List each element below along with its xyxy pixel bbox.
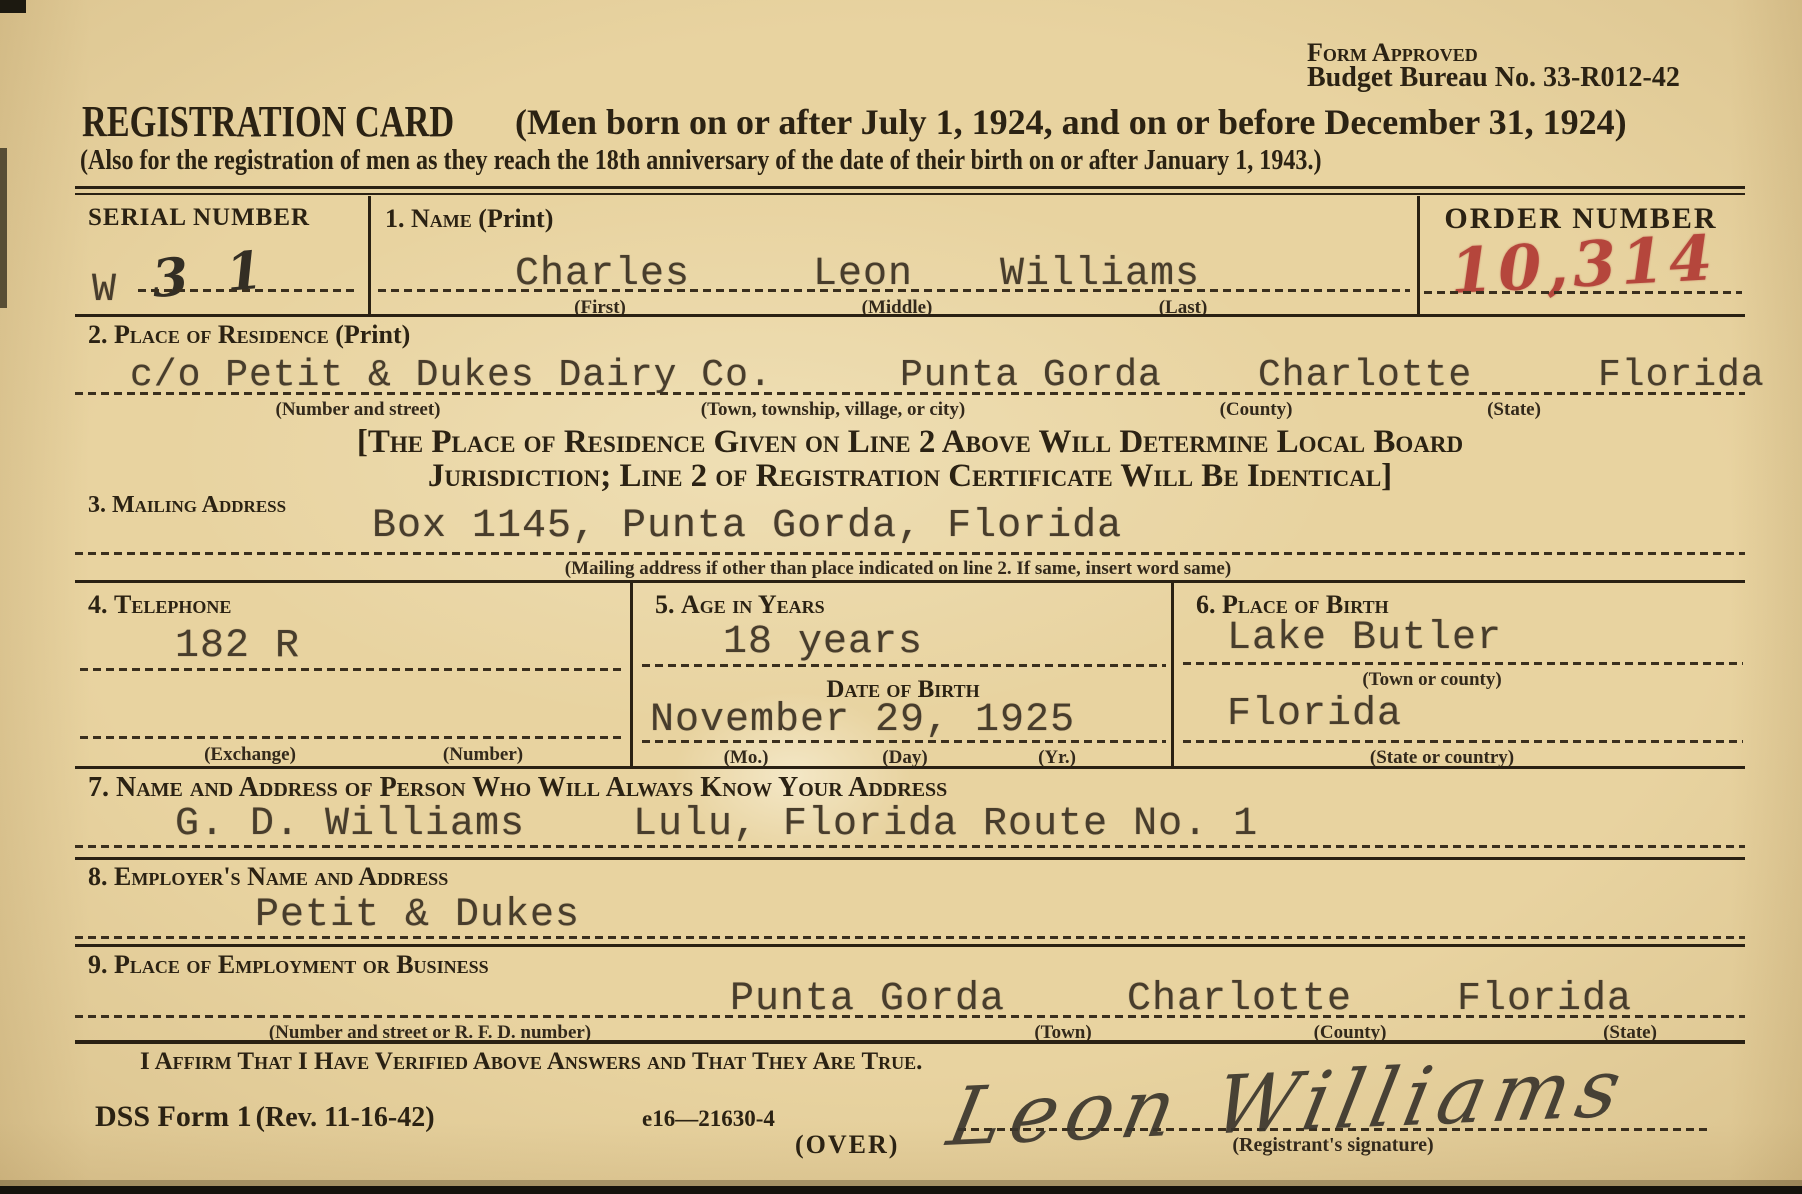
residence-sub-state: (State) xyxy=(1487,399,1541,421)
birth-number-prefix: 6. xyxy=(1196,590,1216,619)
row456-divider-right xyxy=(1171,583,1174,766)
birth-sub-town: (Town or county) xyxy=(1362,669,1501,691)
telephone-dashed-line-2 xyxy=(80,736,625,739)
serial-dashed-line xyxy=(138,289,356,292)
employer-label: Employer's Name and Address xyxy=(114,862,448,891)
mailing-dashed-line xyxy=(75,552,1745,555)
double-rule-top xyxy=(75,186,1745,189)
name-field-number: 1. xyxy=(385,204,405,233)
over-label: (OVER) xyxy=(795,1130,899,1160)
employer-bottom-rule xyxy=(75,944,1745,947)
telephone-label: Telephone xyxy=(114,590,231,619)
mailing-note: (Mailing address if other than place ind… xyxy=(565,558,1231,580)
serial-number-typed: W xyxy=(92,268,117,313)
telephone-heading: 4. Telephone xyxy=(88,590,231,620)
age-dashed-line xyxy=(642,664,1166,667)
employment-number-prefix: 9. xyxy=(88,950,108,979)
residence-sub-street: (Number and street) xyxy=(276,399,441,421)
mailing-label: Mailing Address xyxy=(112,492,286,518)
mailing-number: 3. xyxy=(88,492,106,518)
residence-town-value: Punta Gorda xyxy=(900,354,1162,397)
residence-street-value: c/o Petit & Dukes Dairy Co. xyxy=(130,354,773,397)
birth-state-value: Florida xyxy=(1227,692,1402,737)
local-board-notice-line2: Jurisdiction; Line 2 of Registration Cer… xyxy=(75,458,1745,495)
residence-county-value: Charlotte xyxy=(1258,354,1472,397)
telephone-value: 182 R xyxy=(175,624,300,669)
page-title: REGISTRATION CARD xyxy=(82,96,454,147)
print-code: e16—21630-4 xyxy=(642,1106,775,1132)
local-board-notice-line1: [The Place of Residence Given on Line 2 … xyxy=(75,424,1745,461)
contact-address-value: Lulu, Florida Route No. 1 xyxy=(633,802,1258,847)
telephone-number-prefix: 4. xyxy=(88,590,108,619)
scan-mark-left-edge xyxy=(0,148,7,308)
employment-dashed-line xyxy=(75,1015,1745,1018)
age-value: 18 years xyxy=(723,620,923,665)
contact-bottom-rule xyxy=(75,857,1745,860)
signature-label: (Registrant's signature) xyxy=(1232,1134,1433,1157)
name-field-print-hint: (Print) xyxy=(478,204,553,233)
title-subtitle: (Also for the registration of men as the… xyxy=(80,144,1321,177)
birth-dashed-line-2 xyxy=(1183,740,1743,743)
employment-bottom-rule xyxy=(75,1040,1745,1044)
residence-state-value: Florida xyxy=(1598,354,1765,397)
scanned-registration-card: { "colors": { "paper": "#e8d3a0", "ink":… xyxy=(0,0,1802,1194)
mailing-value: Box 1145, Punta Gorda, Florida xyxy=(372,504,1122,549)
contact-name-value: G. D. Williams xyxy=(175,802,525,847)
age-label: Age in Years xyxy=(681,590,825,619)
residence-sub-county: (County) xyxy=(1220,399,1293,421)
birth-label: Place of Birth xyxy=(1222,590,1389,619)
residence-sub-town: (Town, township, village, or city) xyxy=(701,399,965,421)
age-heading: 5. Age in Years xyxy=(655,590,825,620)
order-number-value: 10,314 xyxy=(1448,221,1719,308)
residence-label: Place of Residence xyxy=(114,320,329,349)
serial-number-handwritten: 3 1 xyxy=(150,239,275,310)
budget-bureau-number: Budget Bureau No. 33-R012-42 xyxy=(1307,62,1680,94)
serial-number-label: SERIAL NUMBER xyxy=(88,204,310,232)
birth-town-value: Lake Butler xyxy=(1227,616,1502,661)
birth-dashed-line-1 xyxy=(1183,662,1743,665)
row1-divider-left xyxy=(368,196,371,314)
telephone-dashed-line-1 xyxy=(80,668,625,671)
order-dashed-line xyxy=(1424,291,1742,294)
residence-heading: 2. Place of Residence (Print) xyxy=(88,320,410,350)
dob-value: November 29, 1925 xyxy=(650,698,1075,743)
name-field-label: 1. Name (Print) xyxy=(385,204,553,234)
residence-number: 2. xyxy=(88,320,108,349)
age-number-prefix: 5. xyxy=(655,590,675,619)
dob-dashed-line xyxy=(642,740,1166,743)
form-id-line: DSS Form 1 (Rev. 11-16-42) xyxy=(95,1100,435,1134)
double-rule-bottom xyxy=(75,193,1745,195)
residence-dashed-line xyxy=(75,392,1745,395)
row1-divider-right xyxy=(1417,196,1420,314)
employer-value: Petit & Dukes xyxy=(255,893,580,938)
employment-heading: 9. Place of Employment or Business xyxy=(88,950,489,980)
contact-dashed-line xyxy=(75,845,1745,848)
scan-band-bottom xyxy=(0,1186,1802,1194)
mailing-heading: 3. Mailing Address xyxy=(88,492,286,519)
contact-label: Name and Address of Person Who Will Alwa… xyxy=(116,772,947,803)
affirmation-statement: I Affirm That I Have Verified Above Answ… xyxy=(140,1048,922,1076)
row456-bottom-rule xyxy=(75,766,1745,769)
telephone-sub-number: (Number) xyxy=(443,744,523,766)
form-revision: (Rev. 11-16-42) xyxy=(256,1102,435,1133)
employer-dashed-line xyxy=(75,936,1745,939)
title-qualifier: (Men born on or after July 1, 1924, and … xyxy=(515,101,1627,143)
scan-mark-top-left xyxy=(0,0,26,13)
contact-heading: 7. Name and Address of Person Who Will A… xyxy=(88,772,947,804)
employer-heading: 8. Employer's Name and Address xyxy=(88,862,448,892)
residence-print-hint: (Print) xyxy=(335,320,410,349)
form-id: DSS Form 1 xyxy=(95,1100,252,1133)
telephone-sub-exchange: (Exchange) xyxy=(204,744,296,766)
employment-label: Place of Employment or Business xyxy=(114,950,489,979)
contact-number-prefix: 7. xyxy=(88,772,109,803)
row1-bottom-rule xyxy=(75,314,1745,317)
mailing-bottom-rule xyxy=(75,580,1745,583)
row456-divider-left xyxy=(630,583,633,766)
employer-number-prefix: 8. xyxy=(88,862,108,891)
name-dashed-line xyxy=(378,289,1410,292)
name-field-label-text: Name xyxy=(411,204,472,233)
